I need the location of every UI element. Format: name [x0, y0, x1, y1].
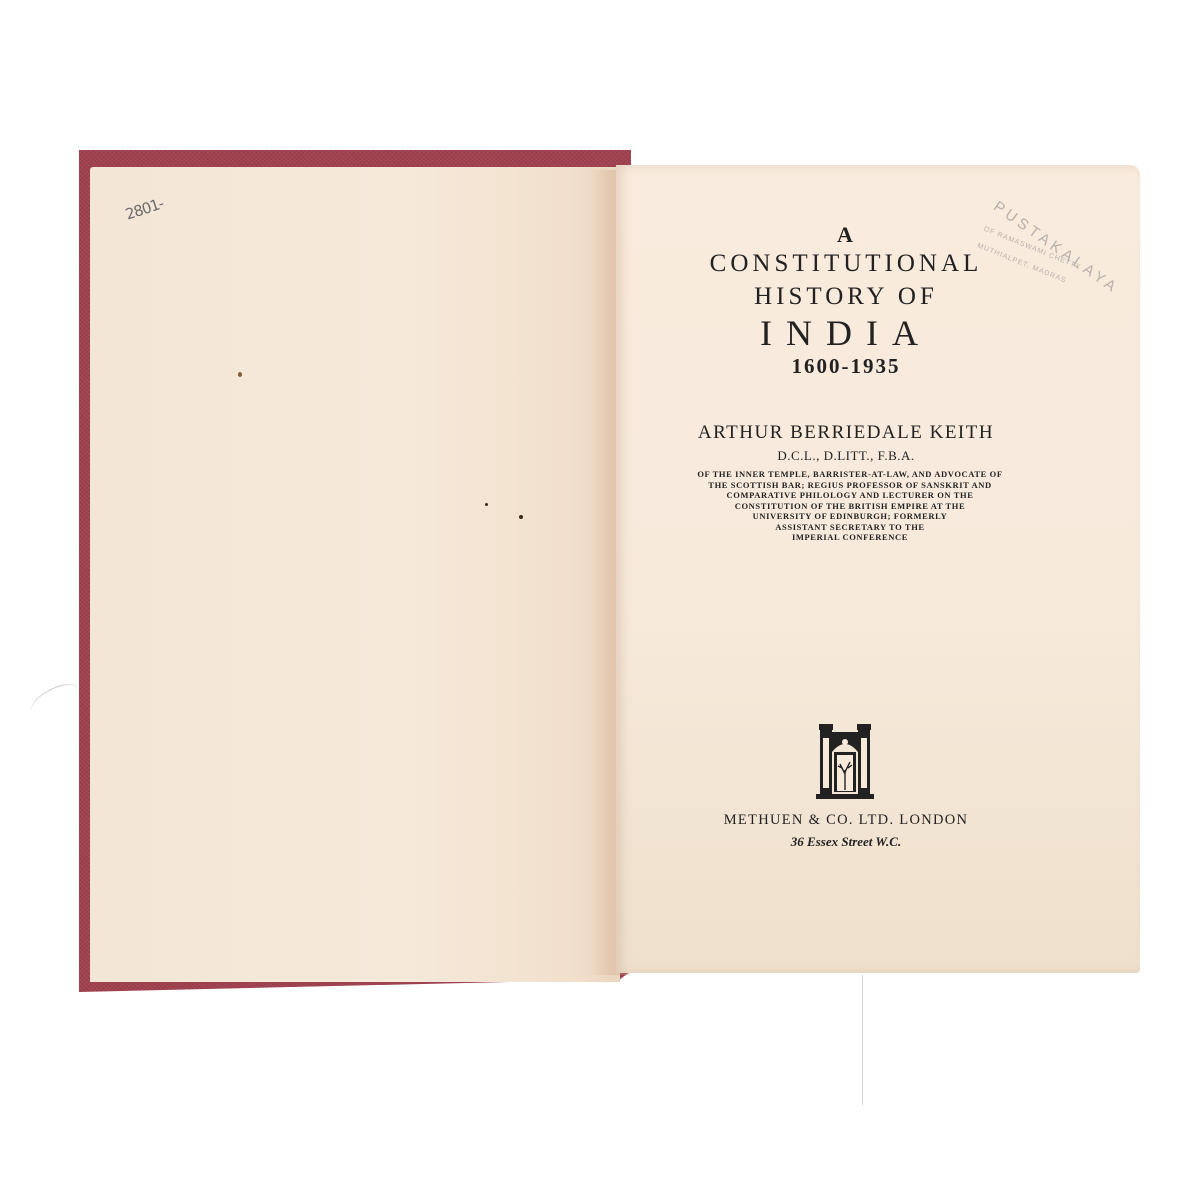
author-affiliation: OF THE INNER TEMPLE, BARRISTER-AT-LAW, A…: [660, 469, 1040, 543]
loose-thread: [25, 679, 87, 726]
foxing-spot: [238, 372, 242, 377]
affiliation-line: COMPARATIVE PHILOLOGY AND LECTURER ON TH…: [660, 490, 1040, 501]
affiliation-line: UNIVERSITY OF EDINBURGH; FORMERLY: [660, 511, 1040, 522]
affiliation-line: THE SCOTTISH BAR; REGIUS PROFESSOR OF SA…: [660, 480, 1040, 491]
affiliation-line: CONSTITUTION OF THE BRITISH EMPIRE AT TH…: [660, 501, 1040, 512]
foxing-spot: [485, 503, 488, 506]
doorway-archway-icon: [814, 722, 876, 800]
bookmark-thread: [862, 975, 863, 1105]
library-stamp-main: PUSTAKALAYA: [990, 198, 1122, 297]
left-endpaper: [90, 167, 620, 982]
foxing-spot: [519, 515, 523, 519]
affiliation-line: OF THE INNER TEMPLE, BARRISTER-AT-LAW, A…: [660, 469, 1040, 480]
author-name: ARTHUR BERRIEDALE KEITH: [616, 422, 1076, 444]
affiliation-line: IMPERIAL CONFERENCE: [660, 532, 1040, 543]
title-years: 1600-1935: [616, 354, 1076, 379]
affiliation-line: ASSISTANT SECRETARY TO THE: [660, 522, 1040, 533]
library-stamp: PUSTAKALAYA OF RAMASWAMI CHETTY MUTHIALP…: [960, 190, 1110, 320]
publisher-address: 36 Essex Street W.C.: [616, 834, 1076, 850]
publisher-name: METHUEN & CO. LTD. LONDON: [616, 812, 1076, 829]
author-degrees: D.C.L., D.LITT., F.B.A.: [616, 448, 1076, 464]
